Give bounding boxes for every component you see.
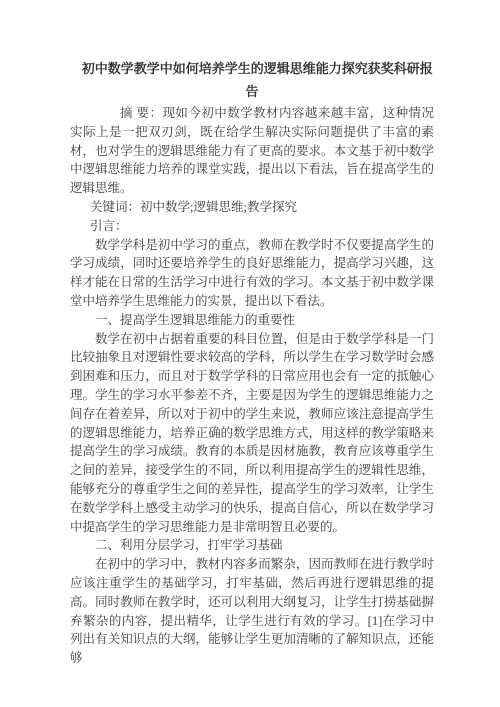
keywords-label: 关键词： bbox=[90, 200, 140, 214]
section-1-heading: 一、提高学生逻辑思维能力的重要性 bbox=[70, 311, 434, 330]
abstract-paragraph: 摘 要：现如今初中数学教材内容越来越丰富，这种情况实际上是一把双刃剑，既在给学生… bbox=[70, 104, 434, 198]
keywords-line: 关键词：初中数学;逻辑思维;教学探究 bbox=[70, 198, 434, 217]
abstract-label: 摘 要： bbox=[120, 106, 162, 120]
introduction-label: 引言： bbox=[90, 219, 128, 233]
keywords-text: 初中数学;逻辑思维;教学探究 bbox=[140, 200, 297, 214]
document-page: 初中数学教学中如何培养学生的逻辑思维能力探究获奖科研报告 摘 要：现如今初中数学… bbox=[0, 0, 500, 707]
section-2-paragraph: 在初中的学习中，教材内容多而繁杂，因而教师在进行教学时应该注重学生的基础学习，打… bbox=[70, 555, 434, 668]
section-1-paragraph: 数学在初中占据着重要的科目位置，但是由于数学学科是一门比较抽象且对逻辑性要求较高… bbox=[70, 330, 434, 537]
document-title: 初中数学教学中如何培养学生的逻辑思维能力探究获奖科研报告 bbox=[70, 57, 434, 103]
section-2-heading: 二、利用分层学习，打牢学习基础 bbox=[70, 536, 434, 555]
introduction-paragraph: 数学学科是初中学习的重点，教师在教学时不仅要提高学生的学习成绩，同时还要培养学生… bbox=[70, 236, 434, 311]
introduction-label-line: 引言： bbox=[70, 217, 434, 236]
